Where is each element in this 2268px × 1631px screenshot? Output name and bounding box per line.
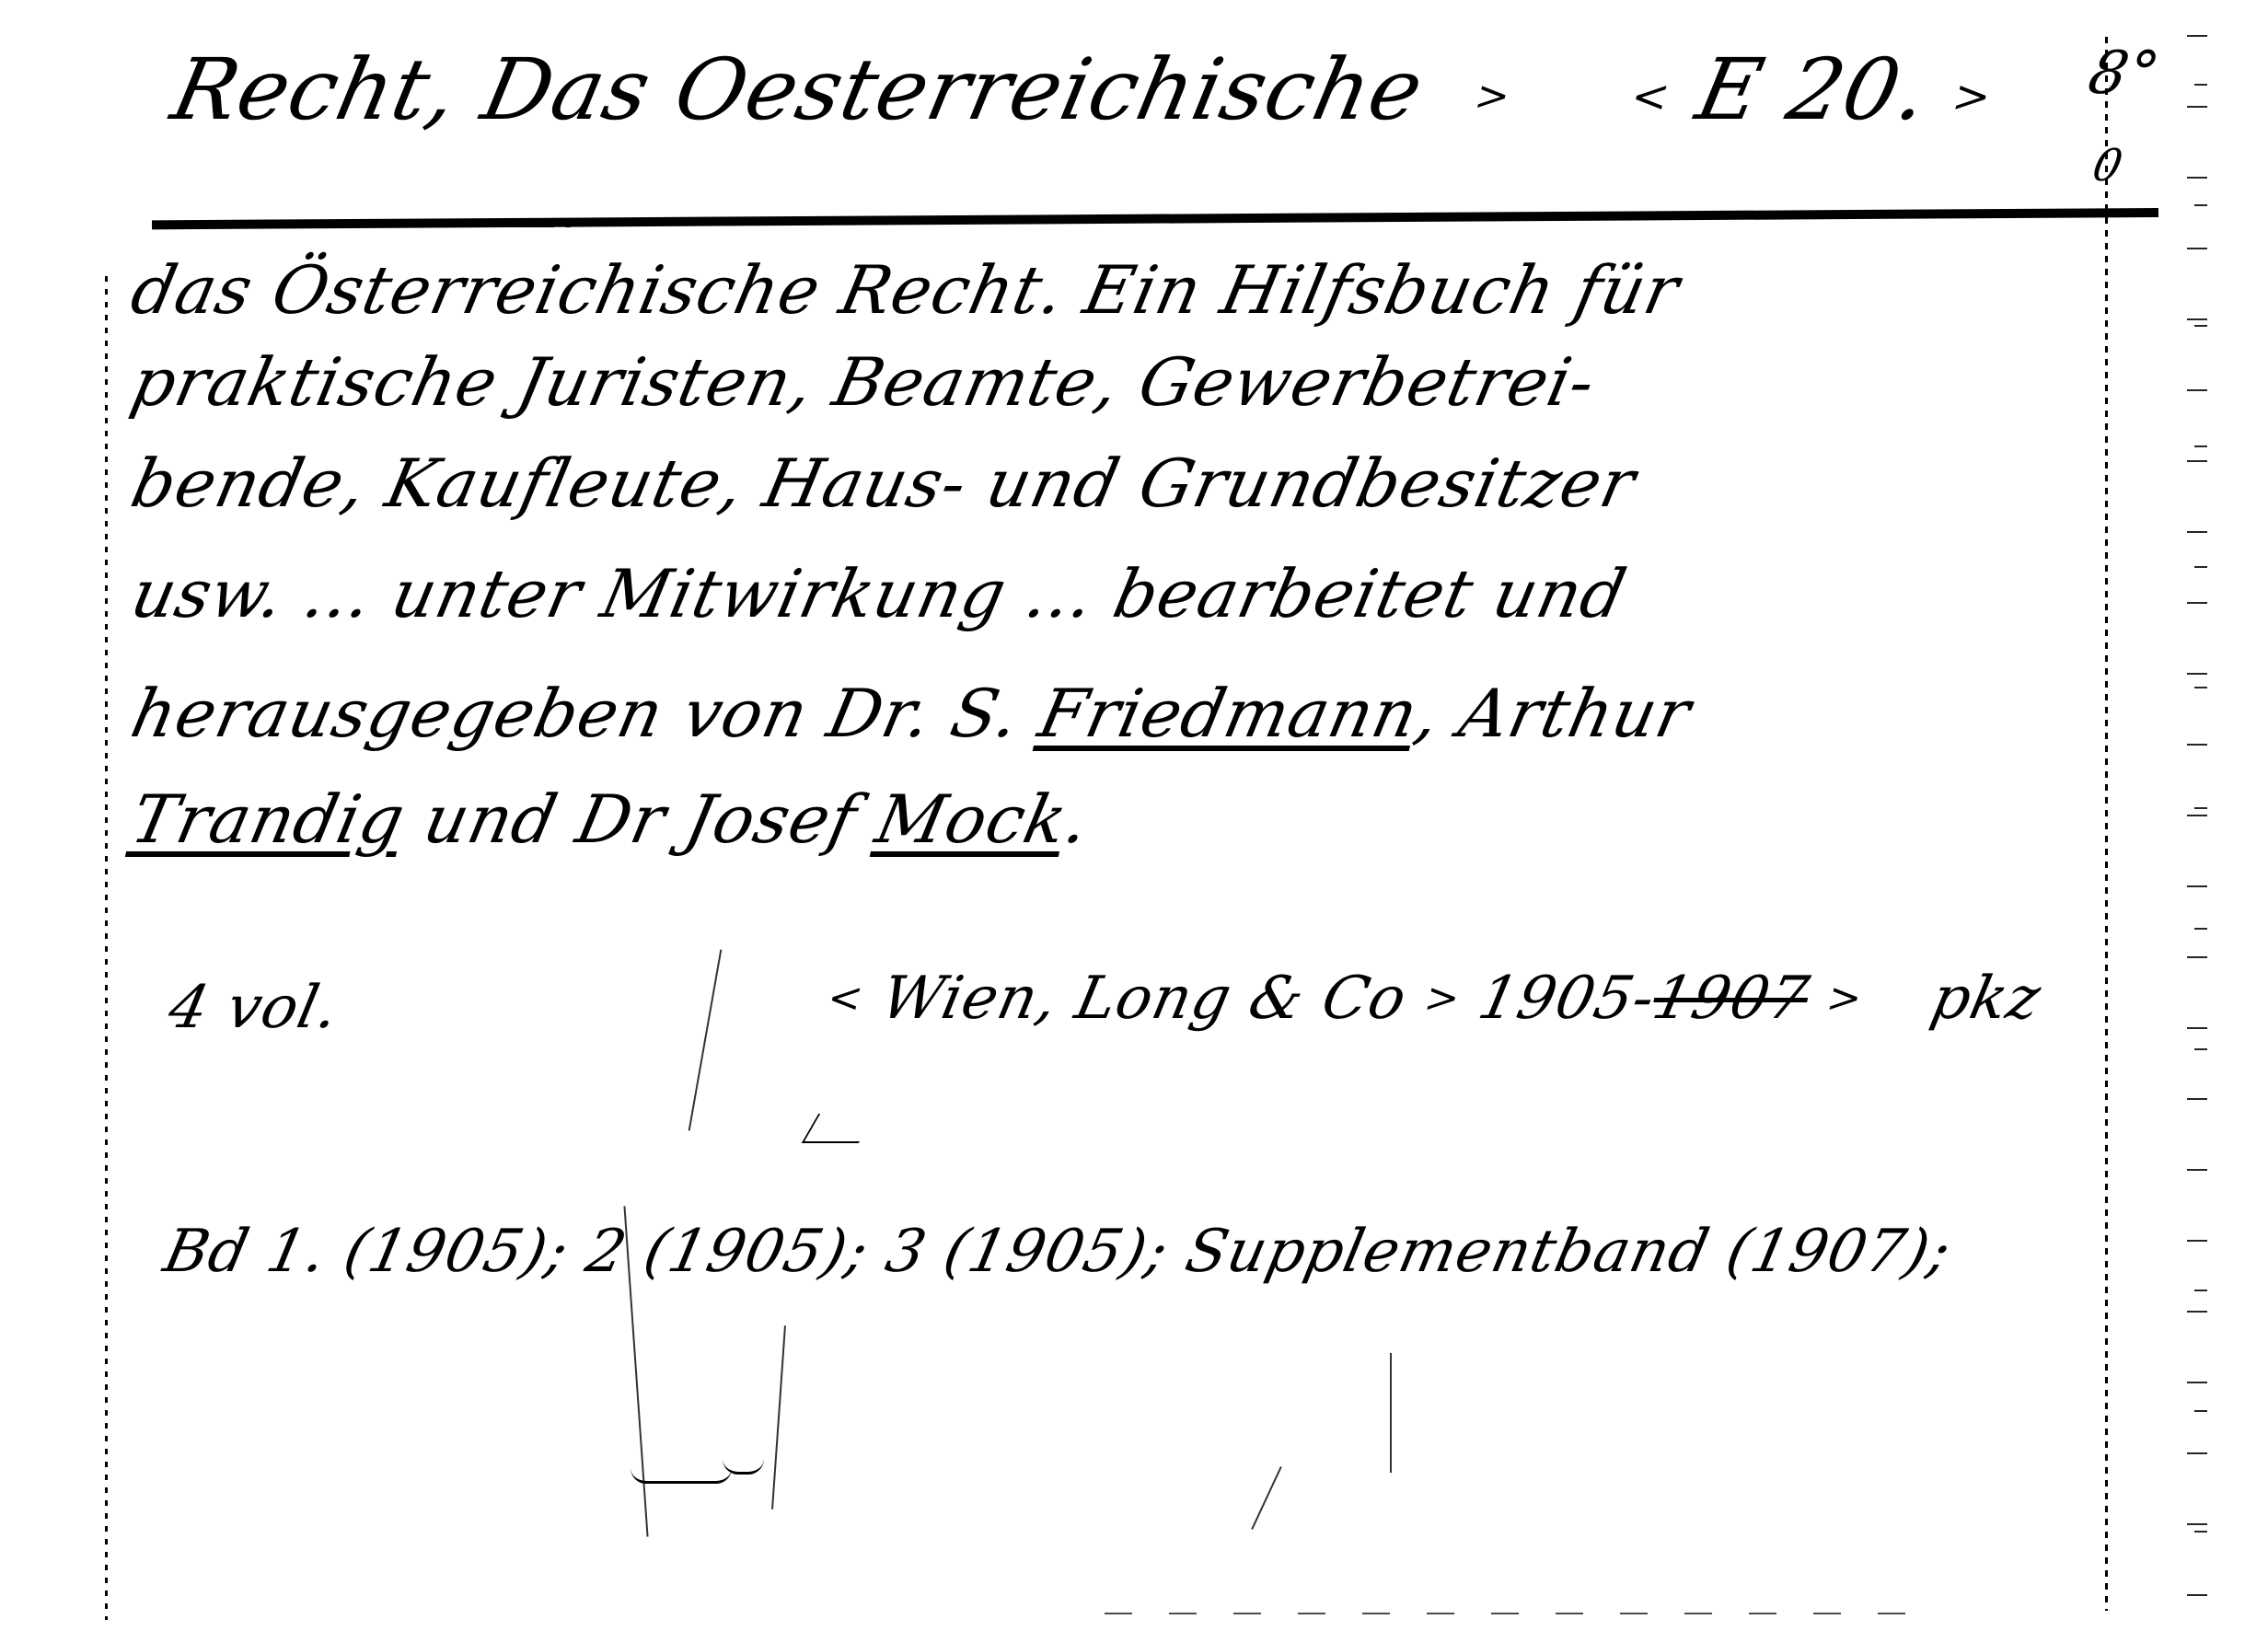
- left-margin-dotted-line: [105, 276, 108, 1620]
- imprint-open-mark: <: [823, 975, 868, 1022]
- header-rule-dashed: [230, 226, 571, 227]
- stray-pencil-mark: [1390, 1353, 1392, 1473]
- bottom-edge-artifacts: [1105, 1613, 1933, 1614]
- format-sub-mark: 0: [2088, 138, 2128, 193]
- title-line-4: usw. ... unter Mitwirkung ... bearbeitet…: [124, 552, 1634, 635]
- format-mark: 8°: [2082, 37, 2167, 110]
- heading-close-mark: >: [1471, 73, 1516, 120]
- author-trandig: Trandig: [125, 781, 412, 858]
- call-number-open-mark: <: [1626, 71, 1675, 122]
- scanner-edge-artifacts: [2163, 0, 2218, 1631]
- title-line-5-text: herausgegeben von Dr. S.: [125, 675, 1049, 752]
- heading-text: Recht, Das Oesterreichische: [164, 40, 1432, 139]
- title-line-6-mid: und Dr Josef: [396, 781, 886, 858]
- cataloger-initials: pkz: [1924, 957, 2049, 1040]
- title-line-5: herausgegeben von Dr. S. Friedmann, Arth…: [124, 672, 1698, 755]
- imprint-year-start: 1905: [1473, 965, 1641, 1033]
- imprint-place-publisher: Wien, Long & Co: [875, 965, 1413, 1033]
- imprint: < Wien, Long & Co > 1905-1907 >: [819, 957, 1871, 1040]
- card-heading: Recht, Das Oesterreichische >: [161, 35, 1523, 152]
- title-line-1: das Österreichische Recht. Ein Hilfsbuch…: [124, 249, 1687, 331]
- catalog-card: Recht, Das Oesterreichische > < E 20. > …: [0, 0, 2268, 1631]
- call-number: < E 20. >: [1620, 35, 2005, 152]
- title-line-2: praktische Juristen, Beamte, Gewerbetrei…: [124, 341, 1603, 423]
- imprint-close-mark: >: [1822, 975, 1868, 1022]
- volume-count: 4 vol.: [161, 966, 347, 1049]
- stray-pencil-mark: [631, 1468, 732, 1484]
- stray-pencil-mark: [771, 1325, 786, 1510]
- author-friedmann: Friedmann: [1032, 675, 1425, 752]
- title-line-3: bende, Kaufleute, Haus- und Grundbesitze…: [124, 442, 1643, 525]
- call-number-close-mark: >: [1948, 71, 1996, 122]
- holdings-statement: Bd 1. (1905); 2 (1905); 3 (1905); Supple…: [156, 1210, 1959, 1293]
- title-line-5-suffix: , Arthur: [1409, 675, 1698, 752]
- author-mock: Mock: [870, 781, 1075, 858]
- imprint-mid-mark: >: [1420, 975, 1465, 1022]
- title-line-6: Trandig und Dr Josef Mock.: [124, 778, 1097, 861]
- stray-pencil-mark: [802, 1114, 875, 1143]
- stray-pencil-mark: [688, 949, 723, 1130]
- stray-pencil-mark: [1251, 1466, 1282, 1530]
- call-number-value: E 20.: [1688, 40, 1937, 139]
- imprint-year-end-struck: 1907: [1647, 965, 1815, 1033]
- right-margin-dotted-line: [2105, 37, 2108, 1611]
